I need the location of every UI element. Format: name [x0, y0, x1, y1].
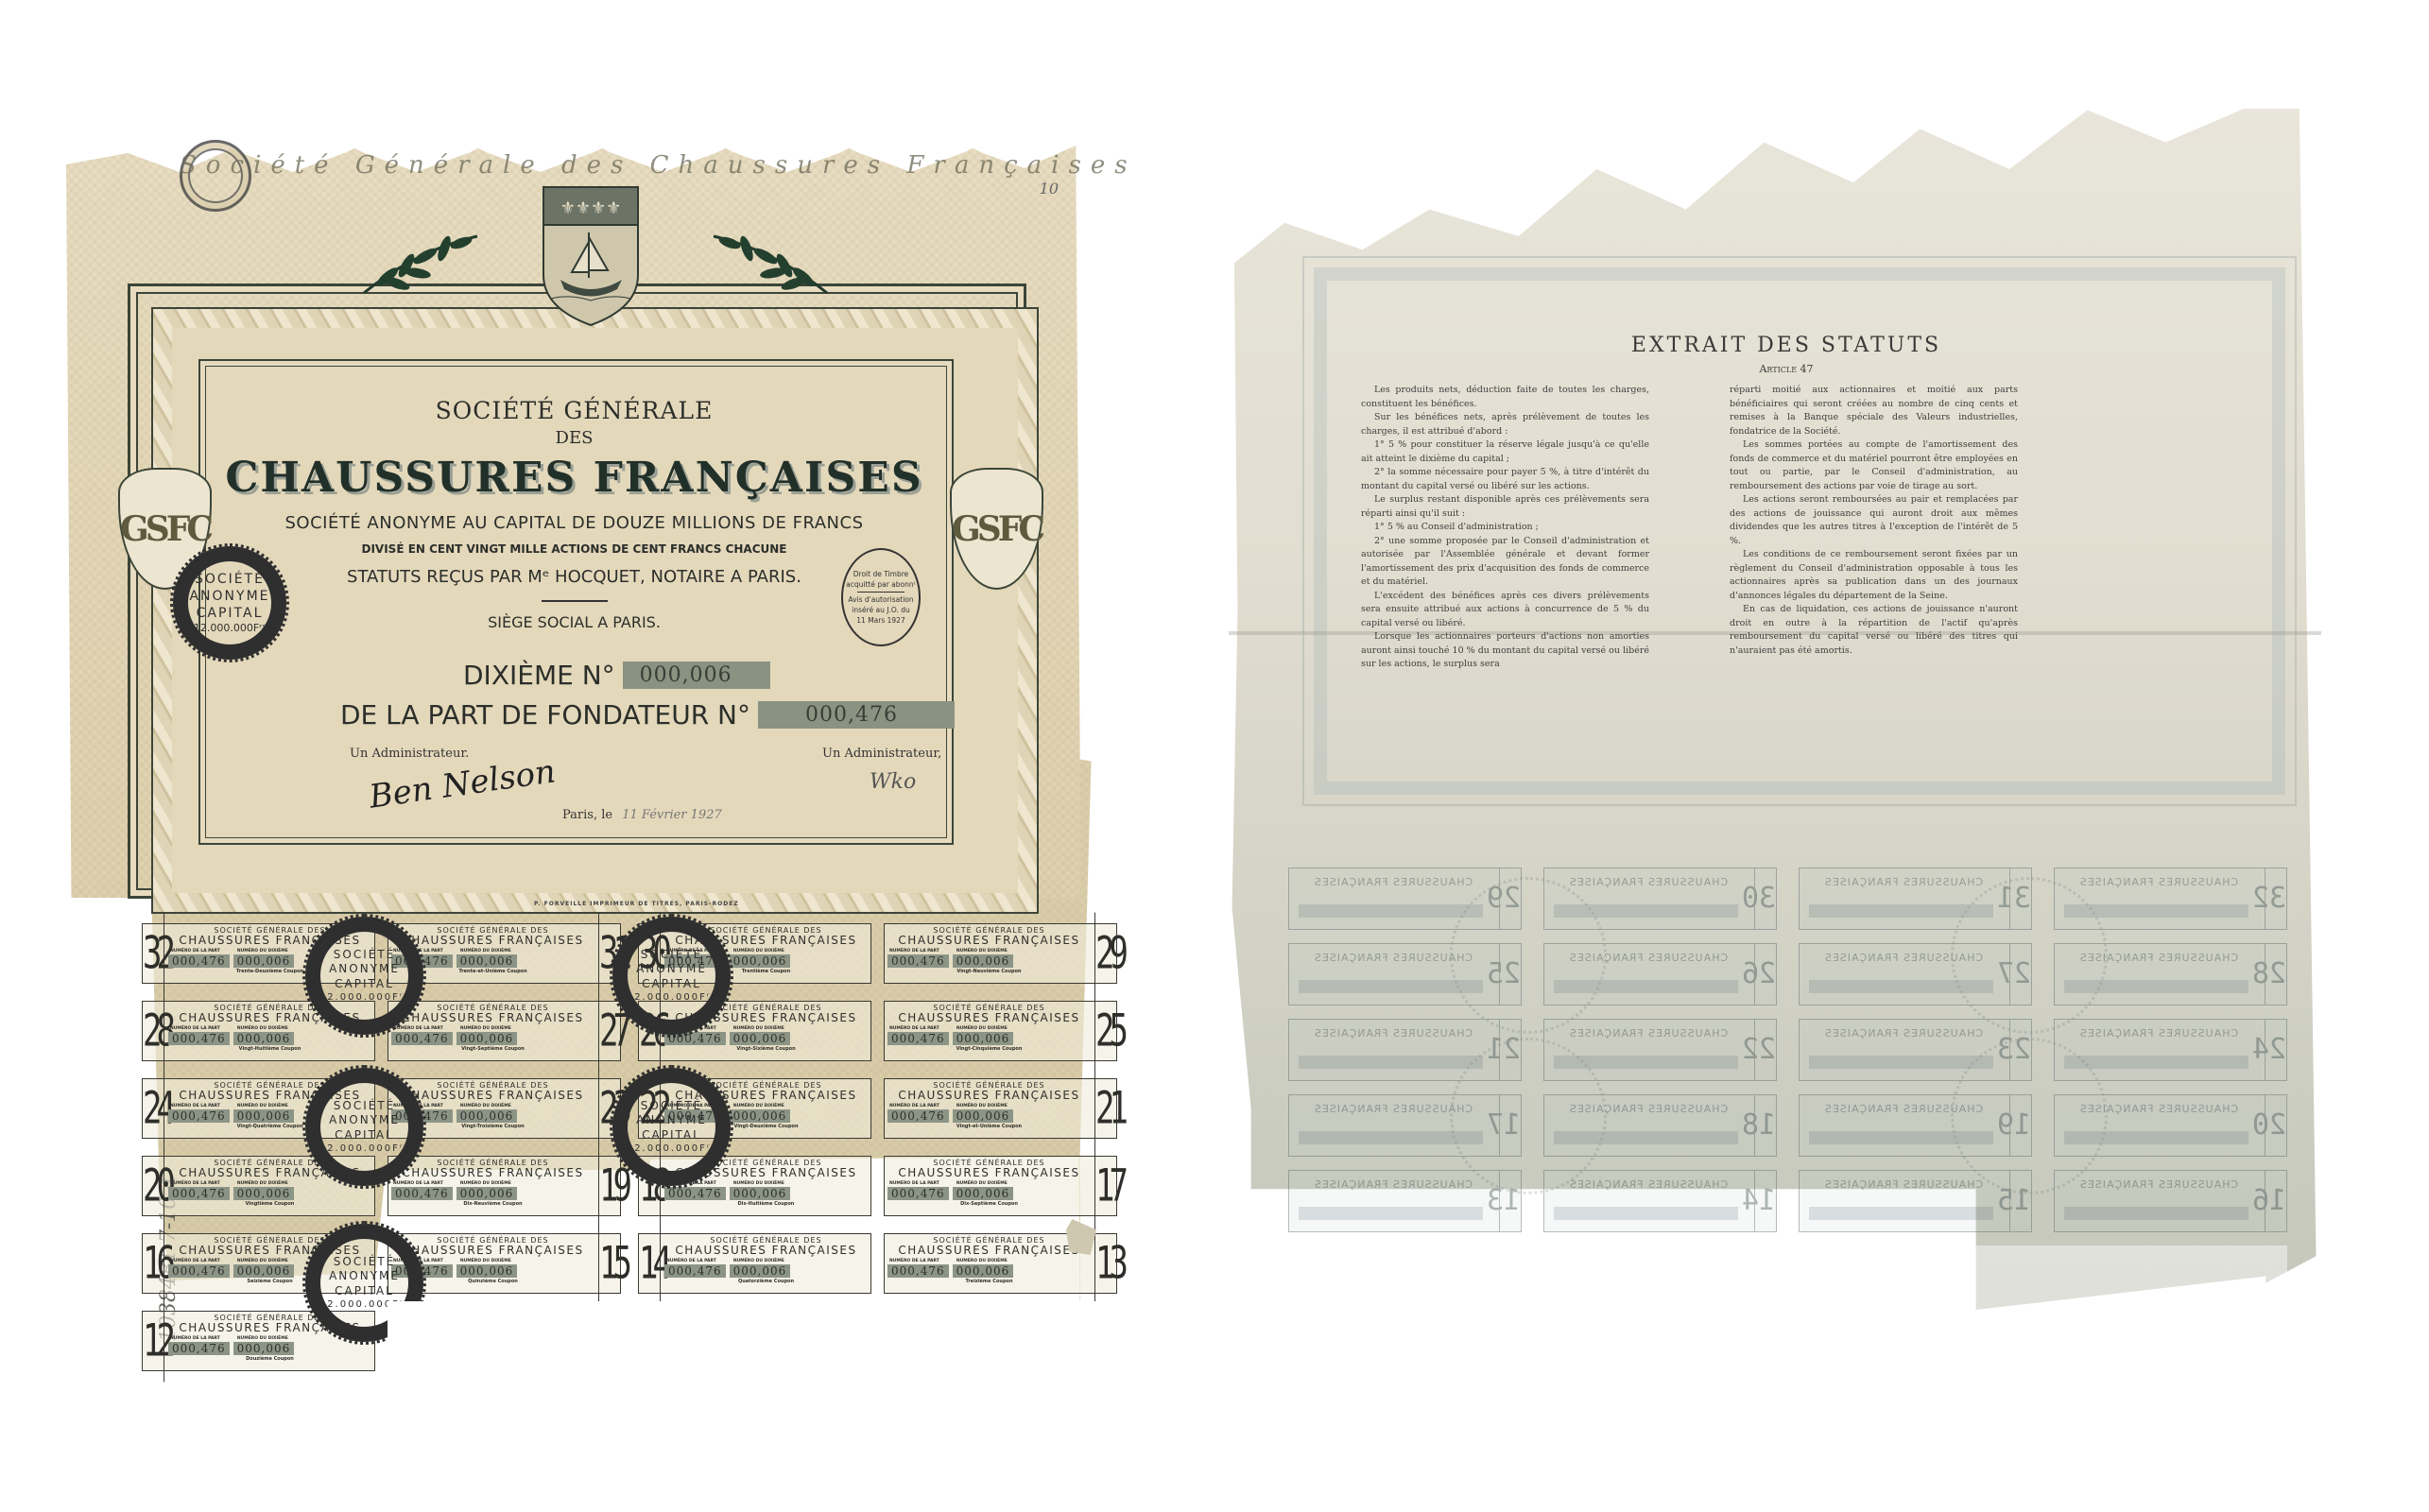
coupon-number: 25 — [1094, 990, 1116, 1073]
coupon-dixieme-value: 000,006 — [233, 1342, 295, 1355]
coupon-dixieme-value: 000,006 — [730, 1187, 791, 1200]
coupon-dixieme-header: NUMÉRO DU DIXIÈME — [956, 1181, 1008, 1186]
paris-coat-of-arms-icon: ⚜⚜⚜⚜ — [542, 185, 640, 327]
coupon-dixieme-header: NUMÉRO DU DIXIÈME — [956, 949, 1008, 954]
coupon-headers: NUMÉRO DE LA PARTNUMÉRO DU DIXIÈME — [664, 1259, 868, 1263]
coupon-ordinal-label: Dix-Neuvième Coupon — [391, 1201, 594, 1207]
coupon-values: 000,476000,006 — [664, 1187, 868, 1200]
coupon-part-header: NUMÉRO DE LA PART — [889, 949, 939, 954]
dixieme-number-row: DIXIÈME N° 000,006 — [463, 660, 770, 691]
coupon-company-line2: CHAUSSURES FRANÇAISES — [887, 1012, 1091, 1024]
coupon-part-value: 000,476 — [391, 1187, 453, 1200]
administrator-label-right: Un Administrateur, — [822, 747, 941, 761]
coupon-dixieme-header: NUMÉRO DU DIXIÈME — [460, 1104, 511, 1108]
fondateur-number-row: DE LA PART DE FONDATEUR N° 000,476 — [340, 699, 955, 730]
statutes-left-column: Les produits nets, déduction faite de to… — [1361, 384, 1649, 672]
coupon-values: 000,476000,006 — [168, 1342, 371, 1355]
seal-line: SOCIÉTÉ — [612, 1099, 731, 1114]
coupon-number: 24 — [143, 1068, 164, 1150]
coupon-company-line2: CHAUSSURES FRANÇAISES — [887, 1167, 1091, 1179]
coupon-dixieme-value: 000,006 — [457, 954, 518, 968]
coupon-dixieme-header: NUMÉRO DU DIXIÈME — [733, 949, 784, 954]
statutes-paragraph: 1° 5 % pour constituer la réserve légale… — [1361, 438, 1649, 466]
paris-label: Paris, le — [562, 808, 612, 822]
ghost-coupon-bar — [1554, 1207, 1738, 1220]
statutes-paragraph: Les actions seront remboursées au pair e… — [1730, 493, 2018, 548]
script-header: Société Générale des Chaussures Français… — [180, 151, 1030, 183]
coupon-part-value: 000,476 — [887, 1032, 949, 1045]
ghost-coupon-number: 24 — [2265, 1020, 2286, 1080]
dixieme-label: DIXIÈME N° — [463, 660, 615, 691]
seal-line: 12.000.000Fʳˢ — [173, 622, 286, 635]
coupon-values: 000,476000,006 — [168, 1187, 371, 1200]
coupon-part-value: 000,476 — [887, 1109, 949, 1123]
ghost-coupon-text: CHAUSSURES FRANÇAISES — [1299, 1178, 1488, 1191]
coupon-dixieme-value: 000,006 — [730, 1032, 791, 1045]
certificate-recto: Société Générale des Chaussures Français… — [66, 142, 1096, 1427]
ghost-coupon-number: 16 — [2265, 1171, 2286, 1231]
coupon-dixieme-value: 000,006 — [233, 1187, 295, 1200]
tax-stamp-line: 11 Mars 1927 — [843, 616, 919, 625]
ghost-coupon-number: 32 — [2265, 868, 2286, 929]
coupon-dixieme-header: NUMÉRO DU DIXIÈME — [733, 1259, 784, 1263]
company-seal-stamp: SOCIÉTÉANONYMECAPITAL12.000.000Fʳˢ — [302, 1065, 426, 1189]
company-seal-stamp: SOCIÉTÉANONYMECAPITAL12.000.000Fʳˢ — [610, 1065, 733, 1189]
coupon-part-header: NUMÉRO DE LA PART — [889, 1259, 939, 1263]
coupon-part-value: 000,476 — [391, 1032, 453, 1045]
dixieme-value: 000,006 — [623, 661, 770, 689]
statutes-paragraph: 1° 5 % au Conseil d'administration ; — [1361, 521, 1649, 535]
svg-text:⚜⚜⚜⚜: ⚜⚜⚜⚜ — [560, 198, 622, 218]
coupon-dixieme-value: 000,006 — [730, 1109, 791, 1123]
coupon-part-value: 000,476 — [168, 1109, 230, 1123]
seal-line: SOCIÉTÉ — [305, 1255, 423, 1270]
coupon-body: SOCIÉTÉ GÉNÉRALE DESCHAUSSURES FRANÇAISE… — [391, 1159, 594, 1213]
company-line-1: SOCIÉTÉ GÉNÉRALE — [198, 397, 950, 424]
coupon-ordinal-label: Vingt-Cinquième Coupon — [887, 1046, 1091, 1052]
statutes-title: EXTRAIT DES STATUTS — [1229, 334, 2344, 357]
coupon-number: 29 — [1094, 913, 1116, 995]
seal-line: CAPITAL — [612, 977, 731, 992]
coupon-headers: NUMÉRO DE LA PARTNUMÉRO DU DIXIÈME — [887, 1026, 1091, 1031]
laurel-branch-icon — [359, 232, 482, 298]
tax-stamp-line: acquitté par abonnᵗ — [843, 580, 919, 589]
seal-line: ANONYME — [173, 588, 286, 605]
statutes-paragraph: Les produits nets, déduction faite de to… — [1361, 384, 1649, 411]
coupon-company-line2: CHAUSSURES FRANÇAISES — [391, 1012, 594, 1024]
tax-stamp-line: Droit de Timbre — [843, 570, 919, 578]
ghost-coupon-bar — [1299, 904, 1483, 918]
seal-line: ANONYME — [305, 1269, 423, 1284]
coupon-number: 15 — [598, 1223, 620, 1305]
ghost-coupon-number: 14 — [1754, 1171, 1776, 1231]
seal-line: 12.000.000Fʳˢ — [612, 991, 731, 1004]
ghost-coupon-bar — [1299, 1056, 1483, 1069]
corner-number: 10 — [1040, 180, 1059, 198]
ghost-coupon-text: CHAUSSURES FRANÇAISES — [1809, 1178, 1998, 1191]
ghost-coupon-number: 18 — [1754, 1095, 1776, 1156]
coupon: 29SOCIÉTÉ GÉNÉRALE DESCHAUSSURES FRANÇAI… — [884, 923, 1117, 984]
coupon-part-header: NUMÉRO DE LA PART — [170, 1336, 220, 1341]
coupon-values: 000,476000,006 — [887, 1187, 1091, 1200]
coupon-body: SOCIÉTÉ GÉNÉRALE DESCHAUSSURES FRANÇAISE… — [887, 926, 1091, 981]
coupon-number: 17 — [1094, 1145, 1116, 1228]
coupon-dixieme-header: NUMÉRO DU DIXIÈME — [460, 1181, 511, 1186]
coupon-sheet: 32SOCIÉTÉ GÉNÉRALE DESCHAUSSURES FRANÇAI… — [142, 923, 1096, 1396]
ghost-coupon-text: CHAUSSURES FRANÇAISES — [1809, 876, 1998, 888]
coupon-company-line2: CHAUSSURES FRANÇAISES — [391, 935, 594, 947]
coupon-dixieme-value: 000,006 — [953, 1187, 1014, 1200]
company-line-2: DES — [198, 428, 950, 448]
coupon-dixieme-header: NUMÉRO DU DIXIÈME — [460, 1026, 511, 1031]
ghost-coupon-number: 22 — [1754, 1020, 1776, 1080]
coupon-dixieme-value: 000,006 — [953, 1264, 1014, 1278]
coupon-part-value: 000,476 — [168, 954, 230, 968]
coupon: 17SOCIÉTÉ GÉNÉRALE DESCHAUSSURES FRANÇAI… — [884, 1156, 1117, 1216]
coupon-number: 21 — [1094, 1068, 1116, 1150]
seal-line: ANONYME — [612, 1113, 731, 1128]
coupon-part-header: NUMÉRO DE LA PART — [393, 1181, 443, 1186]
signature-right: Wko — [870, 770, 916, 794]
coupon: 14SOCIÉTÉ GÉNÉRALE DESCHAUSSURES FRANÇAI… — [638, 1233, 871, 1294]
coupon-part-header: NUMÉRO DE LA PART — [889, 1104, 939, 1108]
ghost-coupon-text: CHAUSSURES FRANÇAISES — [1554, 1027, 1743, 1039]
seal-line: ANONYME — [612, 962, 731, 977]
statutes-paragraph: Les sommes portées au compte de l'amorti… — [1730, 438, 2018, 493]
coupon-headers: NUMÉRO DE LA PARTNUMÉRO DU DIXIÈME — [887, 1259, 1091, 1263]
seal-line: 12.000.000Fʳˢ — [612, 1143, 731, 1155]
coupon-ordinal-label: Vingt-Huitième Coupon — [168, 1046, 371, 1052]
coupon-part-value: 000,476 — [168, 1032, 230, 1045]
seal-line: SOCIÉTÉ — [173, 571, 286, 588]
coupon-dixieme-value: 000,006 — [233, 954, 295, 968]
tax-stamp-rule — [857, 592, 904, 593]
coupon-dixieme-header: NUMÉRO DU DIXIÈME — [733, 1026, 784, 1031]
statutes-paragraph: 2° la somme nécessaire pour payer 5 %, à… — [1361, 466, 1649, 493]
coupon-number: 14 — [639, 1223, 661, 1305]
title-block: SOCIÉTÉ GÉNÉRALE DES CHAUSSURES FRANÇAIS… — [198, 397, 950, 631]
fondateur-label: DE LA PART DE FONDATEUR N° — [340, 699, 750, 730]
printer-imprint: P. FORVEILLE IMPRIMEUR DE TITRES, PARIS-… — [534, 901, 739, 907]
administrator-label-left: Un Administrateur. — [350, 747, 469, 761]
company-name: CHAUSSURES FRANÇAISES — [198, 454, 950, 502]
head-office: SIÈGE SOCIAL A PARIS. — [198, 613, 950, 631]
coupon-dixieme-header: NUMÉRO DU DIXIÈME — [237, 1336, 288, 1341]
coupon-values: 000,476000,006 — [391, 1187, 594, 1200]
date-value: 11 Février 1927 — [622, 808, 722, 822]
seal-line: CAPITAL — [612, 1128, 731, 1143]
coupon-dixieme-header: NUMÉRO DU DIXIÈME — [733, 1181, 784, 1186]
coupon-headers: NUMÉRO DE LA PARTNUMÉRO DU DIXIÈME — [391, 1026, 594, 1031]
coupon-part-value: 000,476 — [664, 1264, 726, 1278]
ghost-seal-stamp — [1951, 877, 2108, 1034]
coupon-number: 13 — [1094, 1223, 1116, 1305]
coupon-ordinal-label: Quatorzième Coupon — [664, 1279, 868, 1284]
ghost-coupon-bar — [2064, 1056, 2248, 1069]
coupon-company-line2: CHAUSSURES FRANÇAISES — [664, 1245, 868, 1257]
fondateur-value: 000,476 — [758, 701, 955, 729]
ghost-coupon-number: 28 — [2265, 944, 2286, 1005]
coupon-part-value: 000,476 — [887, 954, 949, 968]
coupon-dixieme-header: NUMÉRO DU DIXIÈME — [237, 1181, 288, 1186]
coupon-headers: NUMÉRO DE LA PARTNUMÉRO DU DIXIÈME — [391, 1181, 594, 1186]
statutes-paragraph: Les conditions de ce remboursement seron… — [1730, 548, 2018, 603]
tax-stamp: Droit de Timbre acquitté par abonnᵗ Avis… — [841, 548, 921, 646]
coupon-part-value: 000,476 — [887, 1264, 949, 1278]
verso-coupon-show-through: 32CHAUSSURES FRANÇAISES31CHAUSSURES FRAN… — [1266, 868, 2287, 1312]
coupon-part-value: 000,476 — [168, 1342, 230, 1355]
coupon-part-header: NUMÉRO DE LA PART — [889, 1026, 939, 1031]
statutes-paragraph: réparti moitié aux actionnaires et moiti… — [1730, 384, 2018, 438]
coupon-values: 000,476000,006 — [887, 1264, 1091, 1278]
ghost-coupon-number: 30 — [1754, 868, 1776, 929]
capital-statement: SOCIÉTÉ ANONYME AU CAPITAL DE DOUZE MILL… — [198, 513, 950, 533]
coupon-ordinal-label: Vingt-et-Unième Coupon — [887, 1124, 1091, 1129]
coupon-ordinal-label: Douzième Coupon — [168, 1356, 371, 1362]
shares-statement: DIVISÉ EN CENT VINGT MILLE ACTIONS DE CE… — [198, 542, 950, 556]
ghost-coupon-text: CHAUSSURES FRANÇAISES — [1554, 876, 1743, 888]
issue-date: Paris, le 11 Février 1927 — [562, 808, 722, 822]
ghost-coupon-bar — [1809, 1056, 1993, 1069]
coupon-body: SOCIÉTÉ GÉNÉRALE DESCHAUSSURES FRANÇAISE… — [391, 1004, 594, 1058]
coupon-number: 28 — [143, 990, 164, 1073]
coupon-number: 12 — [143, 1300, 164, 1383]
coupon-part-header: NUMÉRO DE LA PART — [666, 1259, 716, 1263]
coupon-number: 16 — [143, 1223, 164, 1305]
divider — [542, 600, 608, 602]
coupon-part-value: 000,476 — [887, 1187, 949, 1200]
ghost-coupon-bar — [1809, 1207, 1993, 1220]
coupon-part-value: 000,476 — [664, 1187, 726, 1200]
coupon-values: 000,476000,006 — [664, 1264, 868, 1278]
coupon-company-line2: CHAUSSURES FRANÇAISES — [391, 1167, 594, 1179]
statutes-paragraph: Le surplus restant disponible après ces … — [1361, 493, 1649, 521]
coupon-company-line2: CHAUSSURES FRANÇAISES — [887, 1090, 1091, 1102]
ghost-coupon-number: 20 — [2265, 1095, 2286, 1156]
coupon-values: 000,476000,006 — [887, 1109, 1091, 1123]
coupon-ordinal-label: Dix-Septième Coupon — [887, 1201, 1091, 1207]
coupon-headers: NUMÉRO DE LA PARTNUMÉRO DU DIXIÈME — [887, 1181, 1091, 1186]
ghost-coupon-text: CHAUSSURES FRANÇAISES — [1554, 1178, 1743, 1191]
seal-line: CAPITAL — [305, 977, 423, 992]
coupon-values: 000,476000,006 — [168, 1032, 371, 1045]
ghost-seal-stamp — [1450, 877, 1607, 1034]
missing-paper-area — [388, 1301, 1144, 1434]
verso-coupon-ghost: 14CHAUSSURES FRANÇAISES — [1543, 1170, 1777, 1232]
coupon-body: SOCIÉTÉ GÉNÉRALE DESCHAUSSURES FRANÇAISE… — [887, 1081, 1091, 1136]
coupon-dixieme-header: NUMÉRO DU DIXIÈME — [460, 949, 511, 954]
seal-line: SOCIÉTÉ — [612, 948, 731, 963]
coupon-dixieme-value: 000,006 — [457, 1264, 518, 1278]
laurel-branch-icon — [709, 232, 832, 298]
seal-line: ANONYME — [305, 962, 423, 977]
coupon-dixieme-header: NUMÉRO DU DIXIÈME — [237, 1026, 288, 1031]
verso-coupon-ghost: 16CHAUSSURES FRANÇAISES — [2054, 1170, 2287, 1232]
coupon-body: SOCIÉTÉ GÉNÉRALE DESCHAUSSURES FRANÇAISE… — [887, 1159, 1091, 1213]
coupon-dixieme-value: 000,006 — [233, 1032, 295, 1045]
statutes-statement: STATUTS REÇUS PAR Mᵉ HOCQUET, NOTAIRE A … — [198, 567, 950, 587]
statutes-paragraph: Sur les bénéfices nets, après prélèvemen… — [1361, 411, 1649, 438]
coupon-dixieme-header: NUMÉRO DU DIXIÈME — [956, 1259, 1008, 1263]
seal-line: 12.000.000Fʳˢ — [305, 1143, 423, 1155]
coupon-dixieme-value: 000,006 — [730, 954, 791, 968]
ghost-seal-stamp — [1951, 1038, 2108, 1194]
coupon-values: 000,476000,006 — [887, 954, 1091, 968]
certificate-verso: EXTRAIT DES STATUTS Article 47 Les produ… — [1229, 102, 2344, 1444]
seal-line: SOCIÉTÉ — [305, 948, 423, 963]
ghost-coupon-text: CHAUSSURES FRANÇAISES — [1809, 1027, 1998, 1039]
tax-stamp-line: inséré au J.O. du — [843, 606, 919, 614]
ghost-coupon-bar — [2064, 1207, 2248, 1220]
statutes-paragraph: En cas de liquidation, ces actions de jo… — [1730, 603, 2018, 658]
statutes-paragraph: Lorsque les actionnaires porteurs d'acti… — [1361, 630, 1649, 672]
company-seal-stamp: SOCIÉTÉ ANONYME CAPITAL 12.000.000Fʳˢ — [170, 543, 289, 662]
ghost-coupon-text: CHAUSSURES FRANÇAISES — [2064, 1178, 2253, 1191]
coupon: 21SOCIÉTÉ GÉNÉRALE DESCHAUSSURES FRANÇAI… — [884, 1078, 1117, 1139]
coupon-dixieme-value: 000,006 — [457, 1032, 518, 1045]
statutes-paragraph: 2° une somme proposée par le Conseil d'a… — [1361, 535, 1649, 590]
coupon: 19SOCIÉTÉ GÉNÉRALE DESCHAUSSURES FRANÇAI… — [388, 1156, 621, 1216]
coupon-part-header: NUMÉRO DE LA PART — [170, 1181, 220, 1186]
coupon-dixieme-header: NUMÉRO DU DIXIÈME — [237, 1259, 288, 1263]
coupon-dixieme-value: 000,006 — [233, 1264, 295, 1278]
seal-line: ANONYME — [305, 1113, 423, 1128]
coupon-dixieme-header: NUMÉRO DU DIXIÈME — [237, 949, 288, 954]
ghost-coupon-text: CHAUSSURES FRANÇAISES — [2064, 1027, 2253, 1039]
verso-missing-paper-area — [1531, 1246, 2287, 1340]
coupon-ordinal-label: Vingtième Coupon — [168, 1201, 371, 1207]
coupon-dixieme-header: NUMÉRO DU DIXIÈME — [460, 1259, 511, 1263]
company-seal-stamp: SOCIÉTÉANONYMECAPITAL12.000.000Fʳˢ — [302, 914, 426, 1038]
coupon-ordinal-label: Dix-Huitième Coupon — [664, 1201, 868, 1207]
seal-line: CAPITAL — [305, 1128, 423, 1143]
coupon-number: 32 — [143, 913, 164, 995]
coupon-company-line2: CHAUSSURES FRANÇAISES — [887, 1245, 1091, 1257]
tax-stamp-line: Avis d'autorisation — [843, 595, 919, 604]
coupon-ordinal-label: Vingt-Septième Coupon — [391, 1046, 594, 1052]
ghost-coupon-text: CHAUSSURES FRANÇAISES — [1299, 876, 1488, 888]
coupon-part-value: 000,476 — [168, 1187, 230, 1200]
coupon-dixieme-header: NUMÉRO DU DIXIÈME — [956, 1104, 1008, 1108]
coupon-body: SOCIÉTÉ GÉNÉRALE DESCHAUSSURES FRANÇAISE… — [664, 1236, 868, 1291]
seal-line: 12.000.000Fʳˢ — [305, 991, 423, 1004]
coupon-ordinal-label: Treizième Coupon — [887, 1279, 1091, 1284]
ghost-coupon-text: CHAUSSURES FRANÇAISES — [2064, 876, 2253, 888]
coupon-dixieme-header: NUMÉRO DU DIXIÈME — [237, 1104, 288, 1108]
coupon: 27SOCIÉTÉ GÉNÉRALE DESCHAUSSURES FRANÇAI… — [388, 1001, 621, 1061]
coupon-ordinal-label: Vingt-Sixième Coupon — [664, 1046, 868, 1052]
coupon-number: 20 — [143, 1145, 164, 1228]
coupon-dixieme-value: 000,006 — [457, 1187, 518, 1200]
coupon-part-header: NUMÉRO DE LA PART — [889, 1181, 939, 1186]
coupon-company-line2: CHAUSSURES FRANÇAISES — [887, 935, 1091, 947]
coupon-part-header: NUMÉRO DE LA PART — [170, 949, 220, 954]
coupon-dixieme-value: 000,006 — [233, 1109, 295, 1123]
ghost-seal-stamp — [1450, 1038, 1607, 1194]
ghost-coupon-text: CHAUSSURES FRANÇAISES — [1299, 1027, 1488, 1039]
seal-line: CAPITAL — [173, 605, 286, 622]
coupon-dixieme-value: 000,006 — [953, 954, 1014, 968]
coupon: 25SOCIÉTÉ GÉNÉRALE DESCHAUSSURES FRANÇAI… — [884, 1001, 1117, 1061]
coupon-ordinal-label: Vingt-Neuvième Coupon — [887, 969, 1091, 974]
coupon-headers: NUMÉRO DE LA PARTNUMÉRO DU DIXIÈME — [887, 1104, 1091, 1108]
coupon-dixieme-value: 000,006 — [730, 1264, 791, 1278]
coupon-part-value: 000,476 — [168, 1264, 230, 1278]
coupon-dixieme-header: NUMÉRO DU DIXIÈME — [733, 1104, 784, 1108]
coupon-values: 000,476000,006 — [664, 1032, 868, 1045]
coupon-dixieme-value: 000,006 — [457, 1109, 518, 1123]
coupon-dixieme-value: 000,006 — [953, 1109, 1014, 1123]
coupon-values: 000,476000,006 — [887, 1032, 1091, 1045]
coupon-body: SOCIÉTÉ GÉNÉRALE DESCHAUSSURES FRANÇAISE… — [887, 1004, 1091, 1058]
coupon-part-header: NUMÉRO DE LA PART — [170, 1259, 220, 1263]
coupon-body: SOCIÉTÉ GÉNÉRALE DESCHAUSSURES FRANÇAISE… — [887, 1236, 1091, 1291]
coupon-headers: NUMÉRO DE LA PARTNUMÉRO DU DIXIÈME — [887, 949, 1091, 954]
coupon-part-header: NUMÉRO DE LA PART — [170, 1104, 220, 1108]
coupon-part-header: NUMÉRO DE LA PART — [170, 1026, 220, 1031]
statutes-right-column: réparti moitié aux actionnaires et moiti… — [1730, 384, 2018, 658]
statutes-paragraph: L'excédent des bénéfices après ces diver… — [1361, 590, 1649, 631]
coupon-dixieme-value: 000,006 — [953, 1032, 1014, 1045]
seal-line: CAPITAL — [305, 1284, 423, 1299]
ghost-coupon-bar — [1299, 1207, 1483, 1220]
coupon-dixieme-header: NUMÉRO DU DIXIÈME — [956, 1026, 1008, 1031]
coupon-part-header: NUMÉRO DE LA PART — [393, 1026, 443, 1031]
seal-line: SOCIÉTÉ — [305, 1099, 423, 1114]
company-seal-stamp: SOCIÉTÉANONYMECAPITAL12.000.000Fʳˢ — [610, 914, 733, 1038]
coupon-values: 000,476000,006 — [391, 1032, 594, 1045]
ghost-coupon-number: 26 — [1754, 944, 1776, 1005]
article-number: Article 47 — [1229, 363, 2344, 375]
